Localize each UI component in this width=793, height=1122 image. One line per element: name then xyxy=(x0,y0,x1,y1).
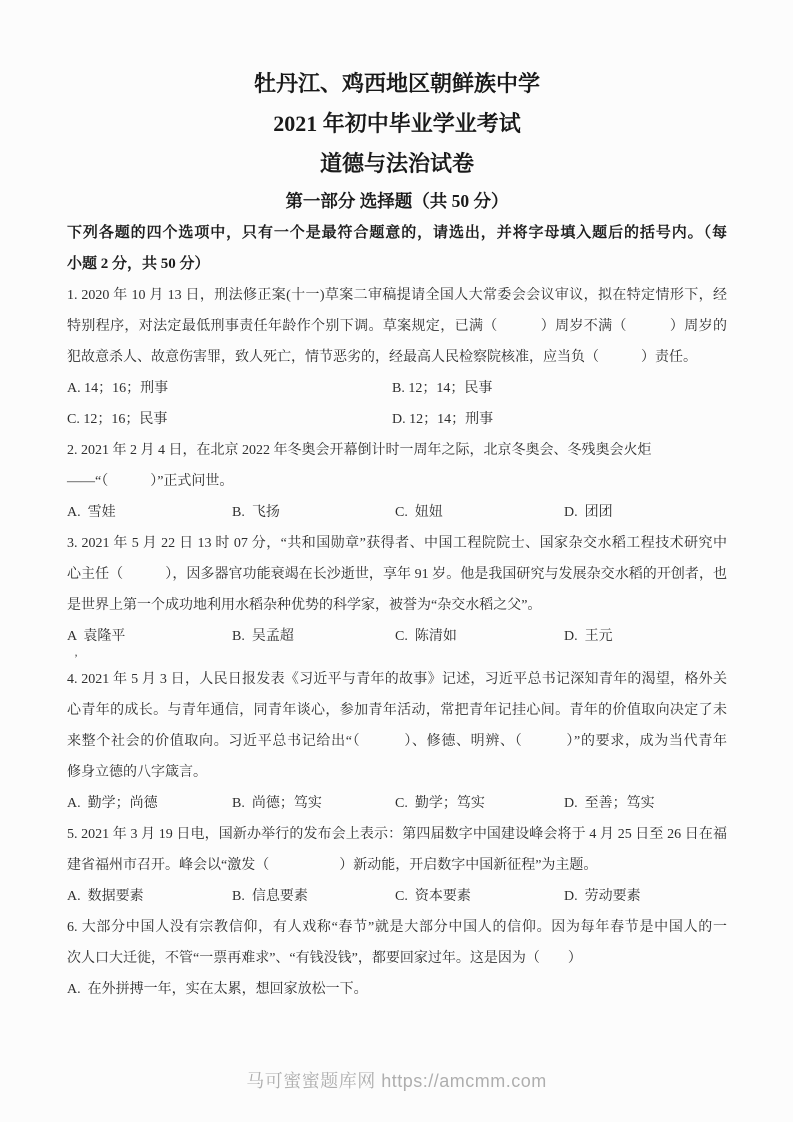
question-3-line-3: 是世界上第一个成功地利用水稻杂种优势的科学家，被誉为“杂交水稻之父”。 xyxy=(67,590,727,621)
question-2-line-2: ——“（ ）”正式问世。 xyxy=(67,466,727,497)
question-3-option-a: A 袁隆平 xyxy=(67,621,232,652)
question-5-option-c: C. 资本要素 xyxy=(395,881,564,912)
question-5: 5. 2021 年 3 月 19 日电，国新办举行的发布会上表示：第四届数字中国… xyxy=(67,819,727,912)
question-1-line-1: 1. 2020 年 10 月 13 日，刑法修正案(十一)草案二审稿提请全国人大… xyxy=(67,280,727,311)
watermark-footer: 马可蜜蜜题库网 https://amcmm.com xyxy=(0,1069,793,1093)
question-4-option-c: C. 勤学；笃实 xyxy=(395,788,564,819)
question-4-option-d: D. 至善；笃实 xyxy=(564,788,727,819)
question-4: 4. 2021 年 5 月 3 日，人民日报发表《习近平与青年的故事》记述，习近… xyxy=(67,664,727,819)
instructions: 下列各题的四个选项中，只有一个是最符合题意的，请选出，并将字母填入题后的括号内。… xyxy=(67,218,727,280)
instructions-line-2: 小题 2 分，共 50 分） xyxy=(67,249,727,280)
question-5-option-d: D. 劳动要素 xyxy=(564,881,727,912)
question-5-option-a: A. 数据要素 xyxy=(67,881,232,912)
question-2: 2. 2021 年 2 月 4 日，在北京 2022 年冬奥会开幕倒计时一周年之… xyxy=(67,435,727,528)
section-heading: 第一部分 选择题（共 50 分） xyxy=(67,184,727,218)
question-3-options: A 袁隆平 B. 吴孟超 C. 陈清如 D. 王元 xyxy=(67,621,727,652)
question-3-option-b: B. 吴孟超 xyxy=(232,621,395,652)
question-3-line-1: 3. 2021 年 5 月 22 日 13 时 07 分，“共和国勋章”获得者、… xyxy=(67,528,727,559)
stray-mark: ’ xyxy=(67,652,727,664)
question-5-line-2: 建省福州市召开。峰会以“激发（ ）新动能，开启数字中国新征程”为主题。 xyxy=(67,850,727,881)
exam-paper-page: 牡丹江、鸡西地区朝鲜族中学 2021 年初中毕业学业考试 道德与法治试卷 第一部… xyxy=(0,0,793,1122)
question-1-line-2: 特别程序，对法定最低刑事责任年龄作个别下调。草案规定，已满（ ）周岁不满（ ）周… xyxy=(67,311,727,342)
question-5-option-b: B. 信息要素 xyxy=(232,881,395,912)
instructions-line-1: 下列各题的四个选项中，只有一个是最符合题意的，请选出，并将字母填入题后的括号内。… xyxy=(67,218,727,249)
question-4-line-2: 心青年的成长。与青年通信，同青年谈心，参加青年活动，常把青年记挂心间。青年的价值… xyxy=(67,695,727,726)
question-3: 3. 2021 年 5 月 22 日 13 时 07 分，“共和国勋章”获得者、… xyxy=(67,528,727,652)
paper-subject-title: 道德与法治试卷 xyxy=(67,144,727,184)
exam-title: 2021 年初中毕业学业考试 xyxy=(67,104,727,144)
question-2-option-a: A. 雪娃 xyxy=(67,497,232,528)
question-3-option-c: C. 陈清如 xyxy=(395,621,564,652)
question-5-line-1: 5. 2021 年 3 月 19 日电，国新办举行的发布会上表示：第四届数字中国… xyxy=(67,819,727,850)
question-2-option-c: C. 妞妞 xyxy=(395,497,564,528)
question-3-option-d: D. 王元 xyxy=(564,621,727,652)
question-1: 1. 2020 年 10 月 13 日，刑法修正案(十一)草案二审稿提请全国人大… xyxy=(67,280,727,435)
question-2-line-1: 2. 2021 年 2 月 4 日，在北京 2022 年冬奥会开幕倒计时一周年之… xyxy=(67,435,727,466)
question-4-option-a: A. 勤学；尚德 xyxy=(67,788,232,819)
question-5-options: A. 数据要素 B. 信息要素 C. 资本要素 D. 劳动要素 xyxy=(67,881,727,912)
question-1-option-d: D. 12；14；刑事 xyxy=(392,404,727,435)
question-6: 6. 大部分中国人没有宗教信仰，有人戏称“春节”就是大部分中国人的信仰。因为每年… xyxy=(67,912,727,1005)
question-1-option-a: A. 14；16；刑事 xyxy=(67,373,392,404)
question-2-option-d: D. 团团 xyxy=(564,497,727,528)
question-3-line-2: 心主任（ ），因多器官功能衰竭在长沙逝世，享年 91 岁。他是我国研究与发展杂交… xyxy=(67,559,727,590)
question-1-options: A. 14；16；刑事 B. 12；14；民事 C. 12；16；民事 D. 1… xyxy=(67,373,727,435)
question-6-line-2: 次人口大迁徙，不管“一票再难求”、“有钱没钱”，都要回家过年。这是因为（ ） xyxy=(67,943,727,974)
question-6-option-a: A. 在外拼搏一年，实在太累，想回家放松一下。 xyxy=(67,974,727,1005)
question-2-options: A. 雪娃 B. 飞扬 C. 妞妞 D. 团团 xyxy=(67,497,727,528)
question-4-option-b: B. 尚德；笃实 xyxy=(232,788,395,819)
question-1-option-b: B. 12；14；民事 xyxy=(392,373,727,404)
question-4-line-4: 修身立德的八字箴言。 xyxy=(67,757,727,788)
question-4-line-3: 来整个社会的价值取向。习近平总书记给出“（ ）、修德、明辨、（ ）”的要求，成为… xyxy=(67,726,727,757)
question-4-options: A. 勤学；尚德 B. 尚德；笃实 C. 勤学；笃实 D. 至善；笃实 xyxy=(67,788,727,819)
school-name: 牡丹江、鸡西地区朝鲜族中学 xyxy=(67,64,727,104)
question-6-line-1: 6. 大部分中国人没有宗教信仰，有人戏称“春节”就是大部分中国人的信仰。因为每年… xyxy=(67,912,727,943)
question-4-line-1: 4. 2021 年 5 月 3 日，人民日报发表《习近平与青年的故事》记述，习近… xyxy=(67,664,727,695)
question-1-line-3: 犯故意杀人、故意伤害罪，致人死亡，情节恶劣的，经最高人民检察院核准，应当负（ ）… xyxy=(67,342,727,373)
question-1-option-c: C. 12；16；民事 xyxy=(67,404,392,435)
question-2-option-b: B. 飞扬 xyxy=(232,497,395,528)
exam-content: 牡丹江、鸡西地区朝鲜族中学 2021 年初中毕业学业考试 道德与法治试卷 第一部… xyxy=(67,64,727,1005)
